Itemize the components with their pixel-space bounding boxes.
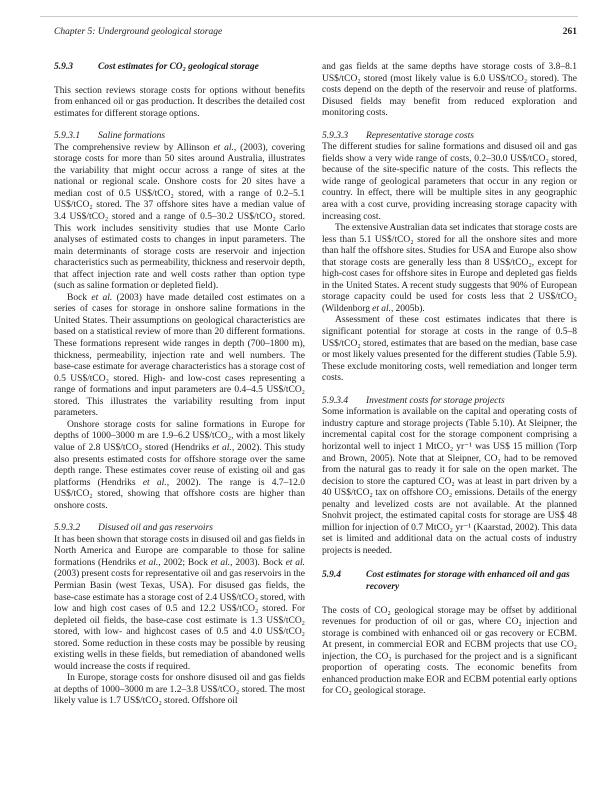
heading-number: 5.9.3.4: [322, 396, 366, 408]
heading-title: Investment costs for storage projects: [366, 396, 577, 408]
subsection-heading-5-9-3-1: 5.9.3.1 Saline formations: [54, 131, 305, 143]
subsection-heading-5-9-3-3: 5.9.3.3 Representative storage costs: [322, 131, 577, 143]
paragraph: In Europe, storage costs for onshore dis…: [54, 673, 305, 708]
paragraph: The costs of CO₂ geological storage may …: [322, 606, 577, 698]
heading-title: Cost estimates for storage with enhanced…: [366, 570, 577, 593]
section-heading-5-9-4: 5.9.4 Cost estimates for storage with en…: [322, 570, 577, 593]
heading-number: 5.9.3.1: [54, 131, 98, 143]
paragraph: Assessment of these cost estimates indic…: [322, 315, 577, 384]
heading-number: 5.9.3.2: [54, 523, 98, 535]
paragraph: The extensive Australian data set indica…: [322, 223, 577, 315]
running-title: Chapter 5: Underground geological storag…: [54, 26, 222, 38]
document-page: Chapter 5: Underground geological storag…: [0, 0, 612, 792]
section-heading-5-9-3: 5.9.3 Cost estimates for CO₂ geological …: [54, 62, 305, 74]
right-column: and gas fields at the same depths have s…: [322, 62, 577, 698]
paragraph: and gas fields at the same depths have s…: [322, 62, 577, 120]
heading-title: Disused oil and gas reservoirs: [98, 523, 305, 535]
heading-title: Cost estimates for CO₂ geological storag…: [98, 62, 305, 74]
subsection-heading-5-9-3-2: 5.9.3.2 Disused oil and gas reservoirs: [54, 523, 305, 535]
heading-number: 5.9.3: [54, 62, 98, 74]
left-column: 5.9.3 Cost estimates for CO₂ geological …: [54, 62, 305, 708]
paragraph: Bock et al. (2003) have made detailed co…: [54, 293, 305, 420]
paragraph: Some information is available on the cap…: [322, 407, 577, 557]
paragraph: The comprehensive review by Allinson et …: [54, 143, 305, 293]
paragraph: This section reviews storage costs for o…: [54, 86, 305, 121]
heading-title: Representative storage costs: [366, 131, 577, 143]
heading-number: 5.9.4: [322, 570, 366, 593]
page-header: Chapter 5: Underground geological storag…: [54, 26, 577, 38]
heading-title: Saline formations: [98, 131, 305, 143]
top-rule: [40, 16, 578, 17]
paragraph: The different studies for saline formati…: [322, 142, 577, 223]
paragraph: It has been shown that storage costs in …: [54, 535, 305, 674]
subsection-heading-5-9-3-4: 5.9.3.4 Investment costs for storage pro…: [322, 396, 577, 408]
page-number: 261: [563, 26, 577, 38]
paragraph: Onshore storage costs for saline formati…: [54, 420, 305, 512]
heading-number: 5.9.3.3: [322, 131, 366, 143]
